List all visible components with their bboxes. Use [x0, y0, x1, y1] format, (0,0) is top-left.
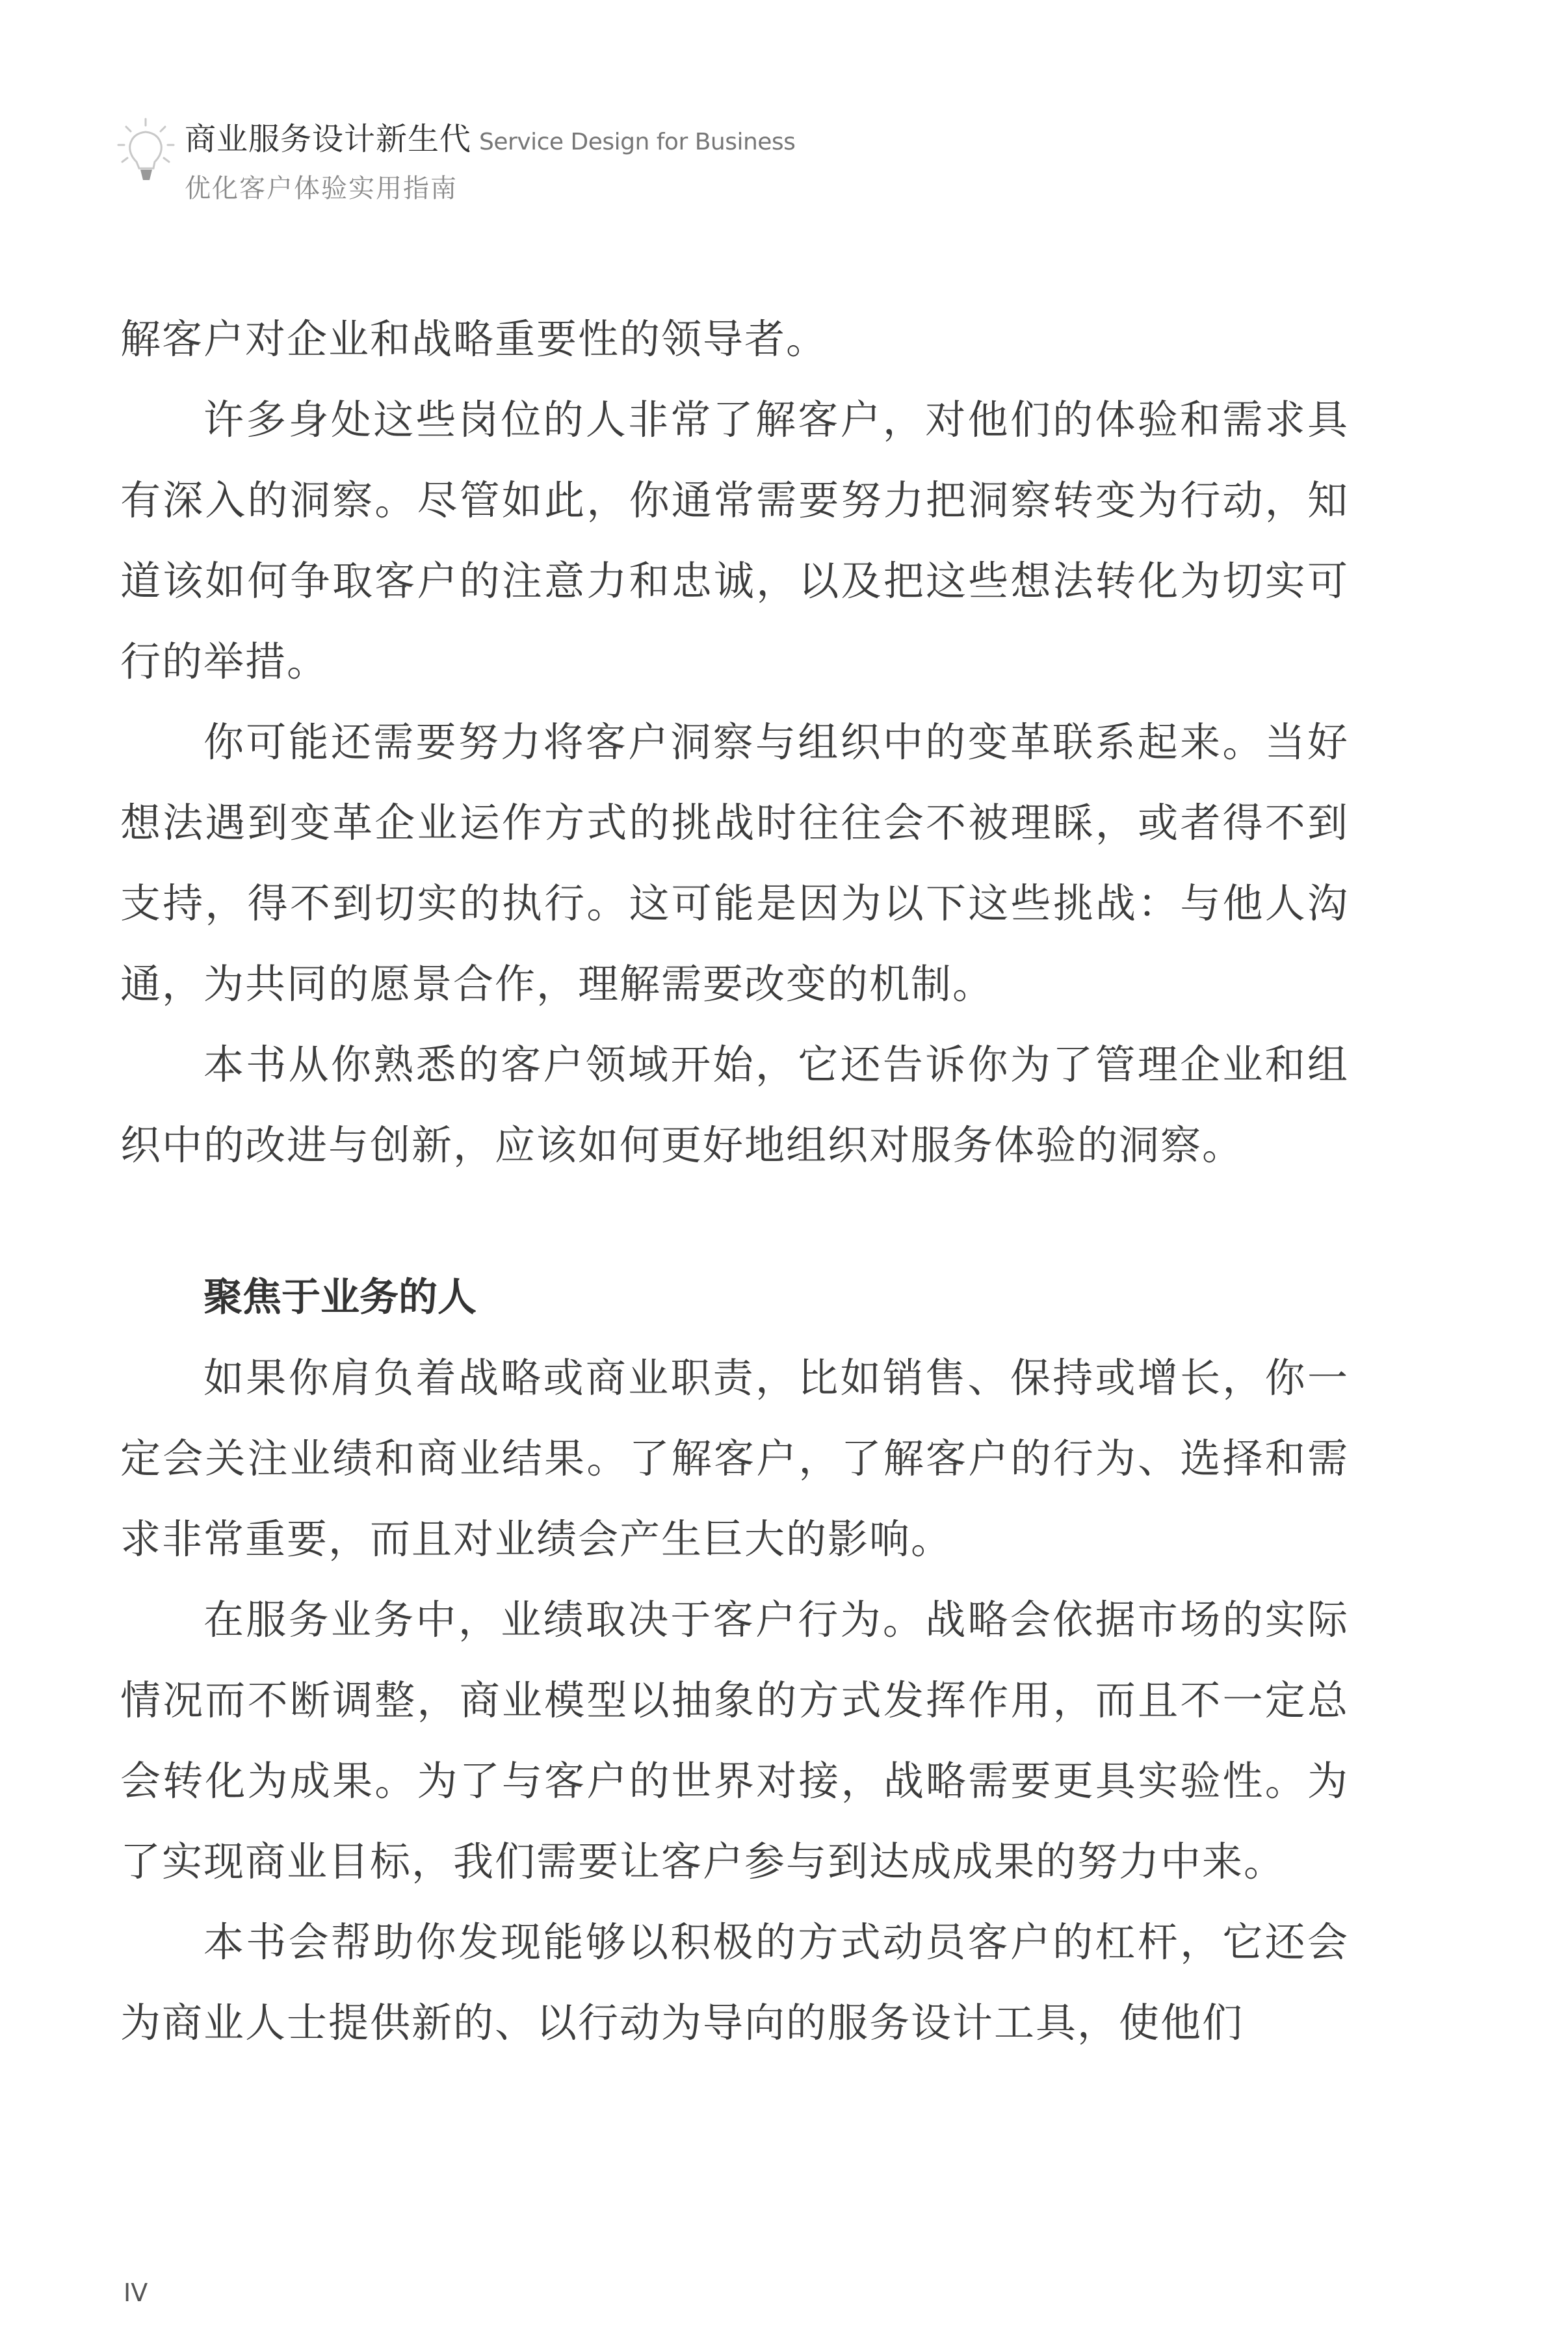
page-body: 解客户对企业和战略重要性的领导者。 许多身处这些岗位的人非常了解客户，对他们的体… [120, 299, 1349, 2063]
paragraph: 本书从你熟悉的客户领域开始，它还告诉你为了管理企业和组织中的改进与创新，应该如何… [120, 1024, 1349, 1186]
book-title-cn: 商业服务设计新生代 [185, 114, 471, 159]
paragraph: 本书会帮助你发现能够以积极的方式动员客户的杠杆，它还会为商业人士提供新的、以行动… [120, 1902, 1349, 2063]
paragraph: 许多身处这些岗位的人非常了解客户，对他们的体验和需求具有深入的洞察。尽管如此，你… [120, 380, 1349, 702]
page-number: IV [124, 2278, 148, 2307]
paragraph: 你可能还需要努力将客户洞察与组织中的变革联系起来。当好想法遇到变革企业运作方式的… [120, 702, 1349, 1024]
paragraph: 解客户对企业和战略重要性的领导者。 [120, 299, 1349, 380]
book-subtitle: 优化客户体验实用指南 [185, 168, 795, 205]
section-heading: 聚焦于业务的人 [120, 1257, 1349, 1338]
paragraph: 如果你肩负着战略或商业职责，比如销售、保持或增长，你一定会关注业绩和商业结果。了… [120, 1338, 1349, 1580]
paragraph: 在服务业务中，业绩取决于客户行为。战略会依据市场的实际情况而不断调整，商业模型以… [120, 1580, 1349, 1902]
lightbulb-icon [117, 116, 176, 188]
running-header: 商业服务设计新生代 Service Design for Business 优化… [117, 114, 795, 205]
book-title-en: Service Design for Business [479, 129, 795, 155]
